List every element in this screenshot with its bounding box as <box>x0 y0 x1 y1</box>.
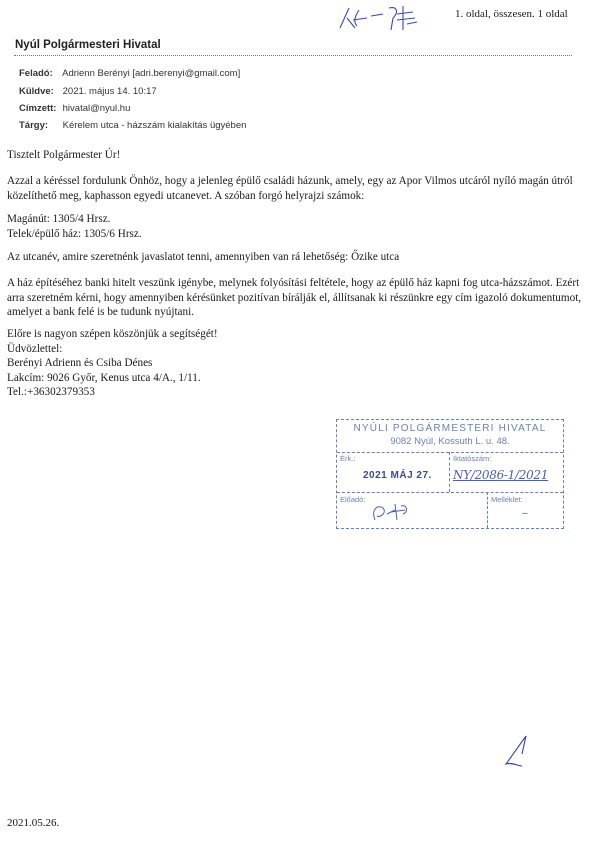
stamp-registration-number: NY/2086-1/2021 <box>453 468 548 482</box>
meta-subject-label: Tárgy: <box>19 120 60 131</box>
stamp-office-address: 9082 Nyúl, Kossuth L. u. 48. <box>337 436 563 447</box>
street-name-proposal: Az utcanév, amire szeretnénk javaslatot … <box>7 250 592 265</box>
meta-sent-label: Küldve: <box>19 86 60 97</box>
stamp-registration-label: Iktatószám: <box>453 454 491 463</box>
stamp-divider <box>337 452 563 453</box>
meta-subject-value: Kérelem utca - házszám kialakítás ügyébe… <box>63 120 247 131</box>
greeting: Tisztelt Polgármester Úr! <box>7 148 592 163</box>
sender-phone: Tel.:+36302379353 <box>7 385 592 400</box>
lot-house: Telek/épülő ház: 1305/6 Hrsz. <box>7 227 592 242</box>
meta-sent-value: 2021. május 14. 10:17 <box>63 86 157 97</box>
loan-paragraph: A ház építéséhez banki hitelt veszünk ig… <box>7 276 592 320</box>
meta-from: Feladó: Adrienn Berényi [adri.berenyi@gm… <box>19 68 240 79</box>
lot-numbers: Magánút: 1305/4 Hrsz. Telek/épülő ház: 1… <box>7 212 592 241</box>
thanks-line: Előre is nagyon szépen köszönjük a segít… <box>7 327 592 342</box>
page-indicator: 1. oldal, összesen. 1 oldal <box>455 8 568 20</box>
sender-address: Lakcím: 9026 Győr, Kenus utca 4/A., 1/11… <box>7 371 592 386</box>
stamp-attachments-value: – <box>522 508 528 519</box>
stamp-divider <box>449 452 450 492</box>
administrator-signature-icon <box>367 500 417 524</box>
meta-to-label: Címzett: <box>19 103 60 114</box>
closing-block: Előre is nagyon szépen köszönjük a segít… <box>7 327 592 400</box>
org-title: Nyúl Polgármesteri Hivatal <box>15 39 161 51</box>
stamp-divider <box>487 492 488 528</box>
handwritten-annotation-icon <box>337 2 427 32</box>
request-paragraph: Azzal a kéréssel fordulunk Önhöz, hogy a… <box>7 174 592 203</box>
meta-from-label: Feladó: <box>19 68 60 79</box>
stamp-divider <box>337 492 563 493</box>
regards-line: Üdvözlettel: <box>7 342 592 357</box>
lot-private-road: Magánút: 1305/4 Hrsz. <box>7 212 592 227</box>
signature-names: Berényi Adrienn és Csiba Dénes <box>7 356 592 371</box>
stamp-received-date: 2021 MÁJ 27. <box>363 470 432 481</box>
registry-stamp: NYÚLI POLGÁRMESTERI HIVATAL 9082 Nyúl, K… <box>336 419 564 529</box>
meta-sent: Küldve: 2021. május 14. 10:17 <box>19 86 157 97</box>
meta-subject: Tárgy: Kérelem utca - házszám kialakítás… <box>19 120 246 131</box>
handwritten-initial-icon <box>500 732 540 772</box>
meta-from-value: Adrienn Berényi [adri.berenyi@gmail.com] <box>62 68 240 79</box>
meta-to: Címzett: hivatal@nyul.hu <box>19 103 130 114</box>
meta-to-value: hivatal@nyul.hu <box>63 103 131 114</box>
stamp-office-name: NYÚLI POLGÁRMESTERI HIVATAL <box>337 423 563 434</box>
stamp-attachments-label: Melléklet: <box>491 495 523 504</box>
stamp-received-label: Érk.: <box>340 454 355 463</box>
stamp-administrator-label: Előadó: <box>340 495 365 504</box>
footer-date: 2021.05.26. <box>7 817 59 829</box>
header-divider <box>14 55 572 56</box>
